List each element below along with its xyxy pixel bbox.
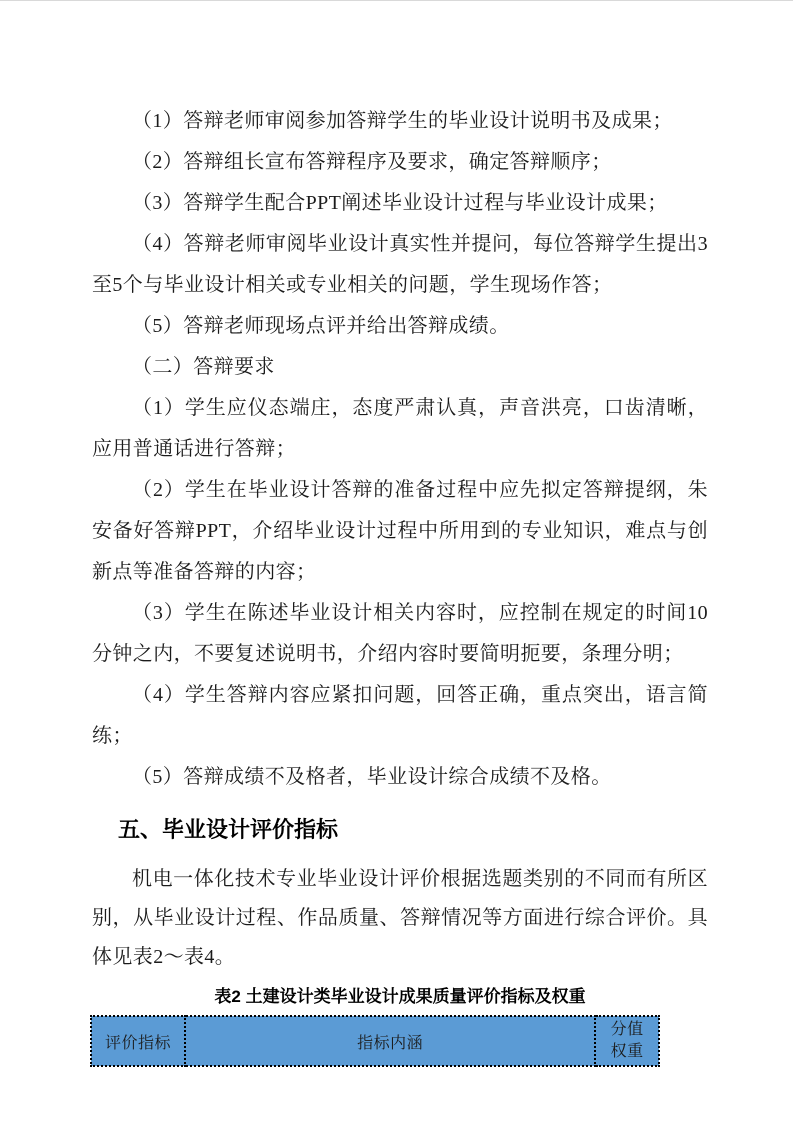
page-content: （1）答辩老师审阅参加答辩学生的毕业设计说明书及成果； （2）答辩组长宣布答辩程… bbox=[92, 101, 708, 1067]
document-page: （1）答辩老师审阅参加答辩学生的毕业设计说明书及成果； （2）答辩组长宣布答辩程… bbox=[0, 0, 793, 1122]
subsection-heading: （二）答辩要求 bbox=[92, 347, 708, 388]
requirement-item: （3）学生在陈述毕业设计相关内容时，应控制在规定的时间10分钟之内，不要复述说明… bbox=[92, 593, 708, 675]
procedure-item: （2）答辩组长宣布答辩程序及要求，确定答辩顺序； bbox=[92, 142, 708, 183]
header-cell-indicator: 评价指标 bbox=[91, 1016, 185, 1066]
procedure-item: （1）答辩老师审阅参加答辩学生的毕业设计说明书及成果； bbox=[92, 101, 708, 142]
requirement-item: （1）学生应仪态端庄，态度严肃认真，声音洪亮，口齿清晰，应用普通话进行答辩； bbox=[92, 388, 708, 470]
requirement-item: （5）答辩成绩不及格者，毕业设计综合成绩不及格。 bbox=[92, 757, 708, 798]
requirement-item: （2）学生在毕业设计答辩的准备过程中应先拟定答辩提纲，朱安备好答辩PPT，介绍毕… bbox=[92, 470, 708, 593]
header-cell-weight: 分值 权重 bbox=[595, 1016, 659, 1066]
header-cell-content: 指标内涵 bbox=[185, 1016, 595, 1066]
section-paragraph: 机电一体化技术专业毕业设计评价根据选题类别的不同而有所区别，从毕业设计过程、作品… bbox=[92, 860, 708, 977]
evaluation-table: 评价指标 指标内涵 分值 权重 bbox=[90, 1015, 660, 1067]
procedure-item: （4）答辩老师审阅毕业设计真实性并提问，每位答辩学生提出3至5个与毕业设计相关或… bbox=[92, 224, 708, 306]
requirement-item: （4）学生答辩内容应紧扣问题，回答正确，重点突出，语言简练； bbox=[92, 675, 708, 757]
procedure-item: （3）答辩学生配合PPT阐述毕业设计过程与毕业设计成果； bbox=[92, 183, 708, 224]
header-cell-weight-line2: 权重 bbox=[598, 1041, 656, 1063]
header-cell-weight-line1: 分值 bbox=[598, 1019, 656, 1041]
table-caption: 表2 土建设计类毕业设计成果质量评价指标及权重 bbox=[92, 986, 708, 1008]
section-heading: 五、毕业设计评价指标 bbox=[118, 815, 708, 845]
procedure-item: （5）答辩老师现场点评并给出答辩成绩。 bbox=[92, 306, 708, 347]
table-header-row: 评价指标 指标内涵 分值 权重 bbox=[91, 1016, 659, 1066]
